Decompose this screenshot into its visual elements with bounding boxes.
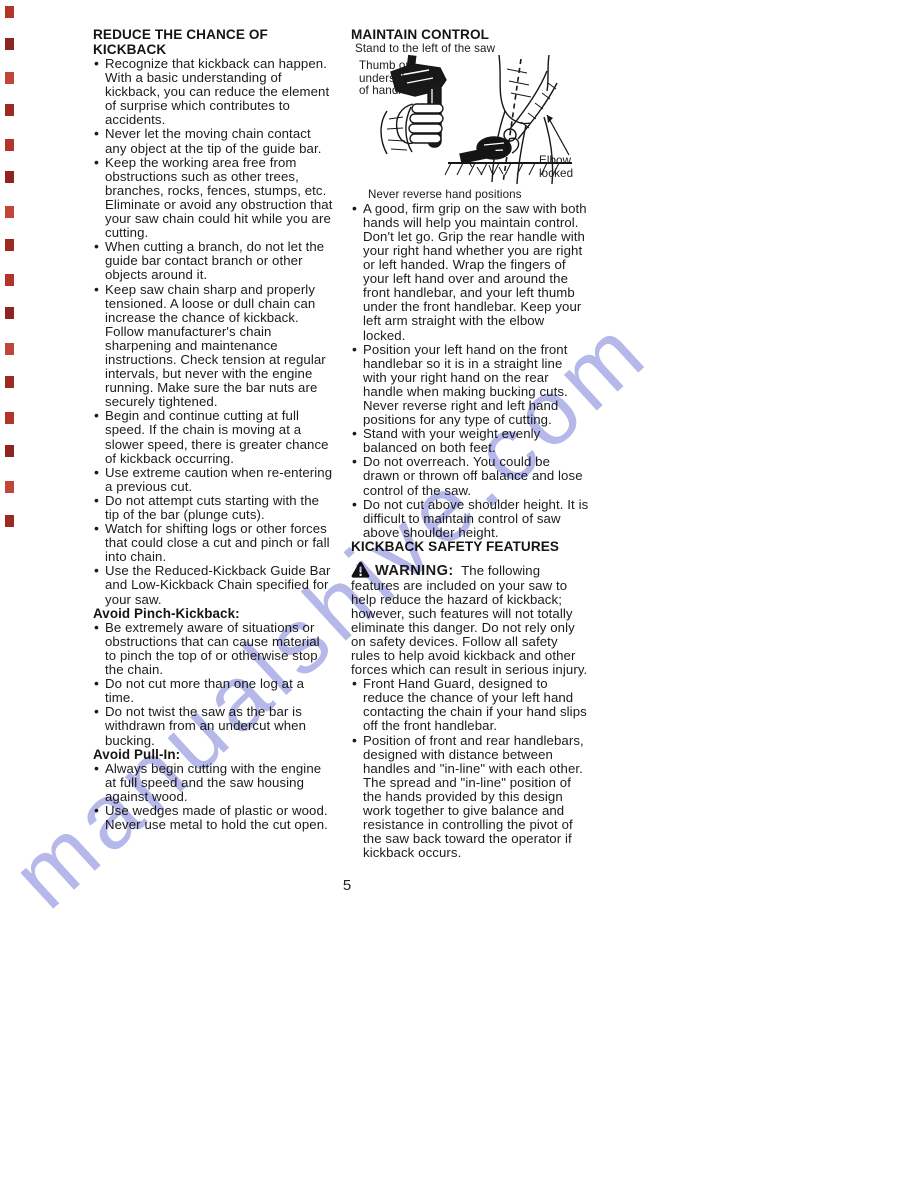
section-heading-kickback-safety: KICKBACK SAFETY FEATURES (351, 540, 589, 555)
edge-mark (5, 38, 14, 50)
edge-mark (5, 171, 14, 183)
pullin-bullet-list: Always begin cutting with the engine at … (93, 762, 333, 832)
warning-paragraph: WARNING: The following features are incl… (351, 561, 589, 677)
list-item: Do not cut more than one log at a time. (105, 677, 333, 705)
subheading-avoid-pull-in: Avoid Pull-In: (93, 748, 333, 762)
figure-label-thumb: Thumb on underside of handlebar (359, 60, 425, 98)
feature-bullet-list: Front Hand Guard, designed to reduce the… (351, 677, 589, 860)
figure-label-elbow: Elbow locked (539, 155, 573, 180)
list-item: Front Hand Guard, designed to reduce the… (363, 677, 589, 733)
control-bullet-list: A good, firm grip on the saw with both h… (351, 202, 589, 540)
subheading-avoid-pinch-kickback: Avoid Pinch-Kickback: (93, 607, 333, 621)
list-item: Watch for shifting logs or other forces … (105, 522, 333, 564)
edge-mark (5, 104, 14, 116)
pinch-bullet-list: Be extremely aware of situations or obst… (93, 621, 333, 748)
manual-page: REDUCE THE CHANCE OF KICKBACK Recognize … (0, 0, 918, 1188)
edge-mark (5, 412, 14, 424)
edge-mark (5, 274, 14, 286)
warning-triangle-icon (351, 561, 370, 578)
list-item: Keep the working area free from obstruct… (105, 156, 333, 241)
edge-mark (5, 376, 14, 388)
left-column: REDUCE THE CHANCE OF KICKBACK Recognize … (93, 28, 333, 832)
list-item: Position of front and rear handlebars, d… (363, 734, 589, 861)
list-item: Always begin cutting with the engine at … (105, 762, 333, 804)
page-number: 5 (337, 877, 357, 894)
edge-mark (5, 239, 14, 251)
list-item: Do not attempt cuts starting with the ti… (105, 494, 333, 522)
edge-mark (5, 481, 14, 493)
hand-position-illustration: Thumb on underside of handlebar Elbow lo… (351, 55, 589, 188)
list-item: A good, firm grip on the saw with both h… (363, 202, 589, 343)
edge-mark (5, 139, 14, 151)
edge-mark (5, 515, 14, 527)
list-item: Be extremely aware of situations or obst… (105, 621, 333, 677)
list-item: Recognize that kickback can happen. With… (105, 57, 333, 127)
edge-mark (5, 206, 14, 218)
kickback-bullet-list: Recognize that kickback can happen. With… (93, 57, 333, 607)
list-item: Never let the moving chain contact any o… (105, 127, 333, 155)
list-item: Position your left hand on the front han… (363, 343, 589, 428)
figure-label-stand-left: Stand to the left of the saw (355, 43, 589, 56)
list-item: Do not cut above shoulder height. It is … (363, 498, 589, 540)
figure-caption: Never reverse hand positions (368, 189, 589, 202)
list-item: Use the Reduced-Kickback Guide Bar and L… (105, 564, 333, 606)
section-heading-maintain-control: MAINTAIN CONTROL (351, 28, 589, 43)
edge-mark (5, 307, 14, 319)
list-item: Use wedges made of plastic or wood. Neve… (105, 804, 333, 832)
edge-mark (5, 343, 14, 355)
list-item: Keep saw chain sharp and properly tensio… (105, 283, 333, 410)
list-item: Do not twist the saw as the bar is withd… (105, 705, 333, 747)
list-item: Begin and continue cutting at full speed… (105, 409, 333, 465)
right-column: MAINTAIN CONTROL Stand to the left of th… (351, 28, 589, 860)
list-item: Stand with your weight evenly balanced o… (363, 427, 589, 455)
list-item: Use extreme caution when re-entering a p… (105, 466, 333, 494)
warning-text: The following features are included on y… (351, 563, 587, 677)
edge-mark (5, 6, 14, 18)
list-item: When cutting a branch, do not let the gu… (105, 240, 333, 282)
section-heading-reduce-kickback: REDUCE THE CHANCE OF KICKBACK (93, 28, 288, 57)
list-item: Do not overreach. You could be drawn or … (363, 455, 589, 497)
edge-mark (5, 445, 14, 457)
edge-mark (5, 72, 14, 84)
